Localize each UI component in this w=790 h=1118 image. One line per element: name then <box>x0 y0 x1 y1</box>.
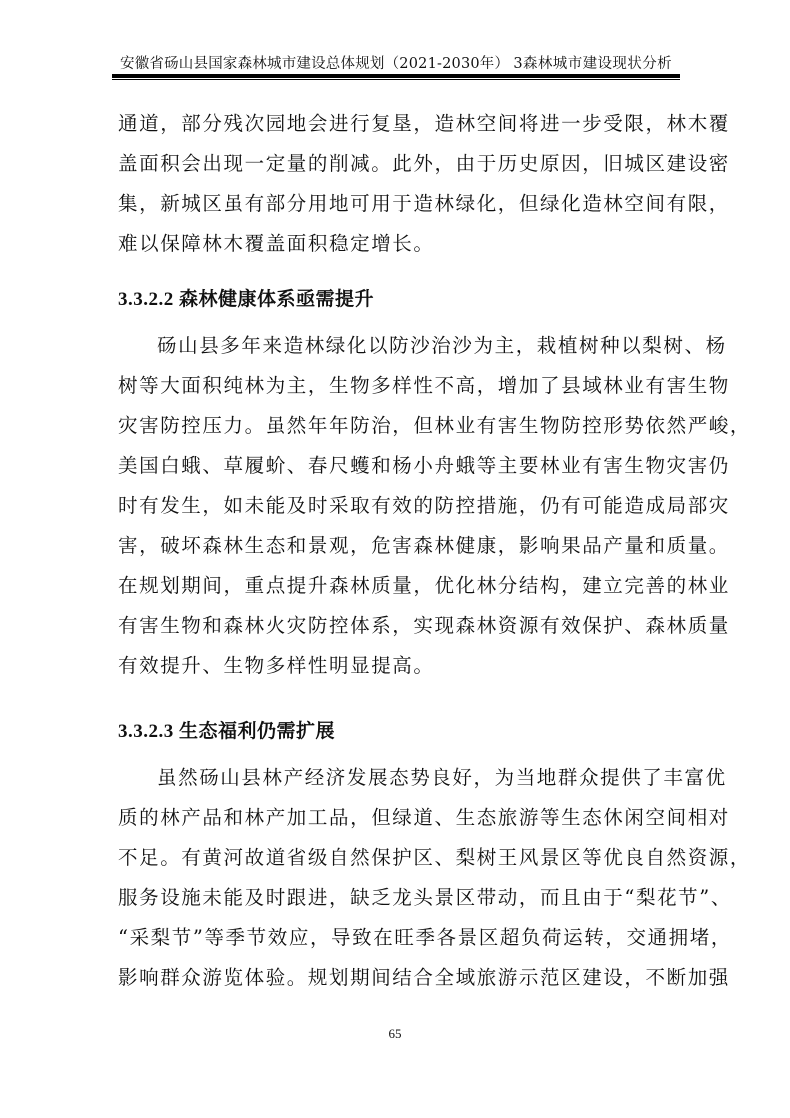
header-document-title: 安徽省砀山县国家森林城市建设总体规划（2021-2030年） <box>120 52 509 73</box>
paragraph-forest-health: 砀山县多年来造林绿化以防沙治沙为主，栽植树种以梨树、杨 树等大面积纯林为主，生物… <box>118 326 674 686</box>
text-line: 砀山县多年来造林绿化以防沙治沙为主，栽植树种以梨树、杨 <box>118 326 674 366</box>
text-line: 影响群众游览体验。规划期间结合全域旅游示范区建设，不断加强 <box>118 958 674 998</box>
running-header: 安徽省砀山县国家森林城市建设总体规划（2021-2030年） 3森林城市建设现状… <box>112 46 680 76</box>
text-line: 质的林产品和林产加工品，但绿道、生态旅游等生态休闲空间相对 <box>118 798 674 838</box>
header-rule-thin <box>112 79 680 80</box>
text-line: 不足。有黄河故道省级自然保护区、梨树王风景区等优良自然资源， <box>118 838 674 878</box>
text-line: 服务设施未能及时跟进，缺乏龙头景区带动，而且由于“梨花节”、 <box>118 878 674 918</box>
page-number: 65 <box>0 1026 790 1042</box>
text-line: 在规划期间，重点提升森林质量，优化林分结构，建立完善的林业 <box>118 566 674 606</box>
text-line: 时有发生，如未能及时采取有效的防控措施，仍有可能造成局部灾 <box>118 486 674 526</box>
text-line: 盖面积会出现一定量的削减。此外，由于历史原因，旧城区建设密 <box>118 144 674 184</box>
text-line: 美国白蛾、草履蚧、春尺蠖和杨小舟蛾等主要林业有害生物灾害仍 <box>118 446 674 486</box>
text-line: 树等大面积纯林为主，生物多样性不高，增加了县域林业有害生物 <box>118 366 674 406</box>
text-line: “采梨节”等季节效应，导致在旺季各景区超负荷运转，交通拥堵， <box>118 918 674 958</box>
paragraph-ecological-welfare: 虽然砀山县林产经济发展态势良好，为当地群众提供了丰富优 质的林产品和林产加工品，… <box>118 758 674 998</box>
paragraph-continued: 通道，部分残次园地会进行复垦，造林空间将进一步受限，林木覆 盖面积会出现一定量的… <box>118 104 674 264</box>
text-line: 集，新城区虽有部分用地可用于造林绿化，但绿化造林空间有限， <box>118 184 674 224</box>
header-rule-thick <box>112 74 680 78</box>
text-line: 害，破坏森林生态和景观，危害森林健康，影响果品产量和质量。 <box>118 526 674 566</box>
text-line: 灾害防控压力。虽然年年防治，但林业有害生物防控形势依然严峻， <box>118 406 674 446</box>
section-heading-3323: 3.3.2.3 生态福利仍需扩展 <box>118 716 335 743</box>
header-chapter-title: 3森林城市建设现状分析 <box>513 52 672 73</box>
text-line: 有效提升、生物多样性明显提高。 <box>118 646 674 686</box>
text-line: 有害生物和森林火灾防控体系，实现森林资源有效保护、森林质量 <box>118 606 674 646</box>
text-line: 通道，部分残次园地会进行复垦，造林空间将进一步受限，林木覆 <box>118 104 674 144</box>
section-heading-3322: 3.3.2.2 森林健康体系亟需提升 <box>118 284 374 311</box>
text-line: 难以保障林木覆盖面积稳定增长。 <box>118 224 674 264</box>
text-line: 虽然砀山县林产经济发展态势良好，为当地群众提供了丰富优 <box>118 758 674 798</box>
